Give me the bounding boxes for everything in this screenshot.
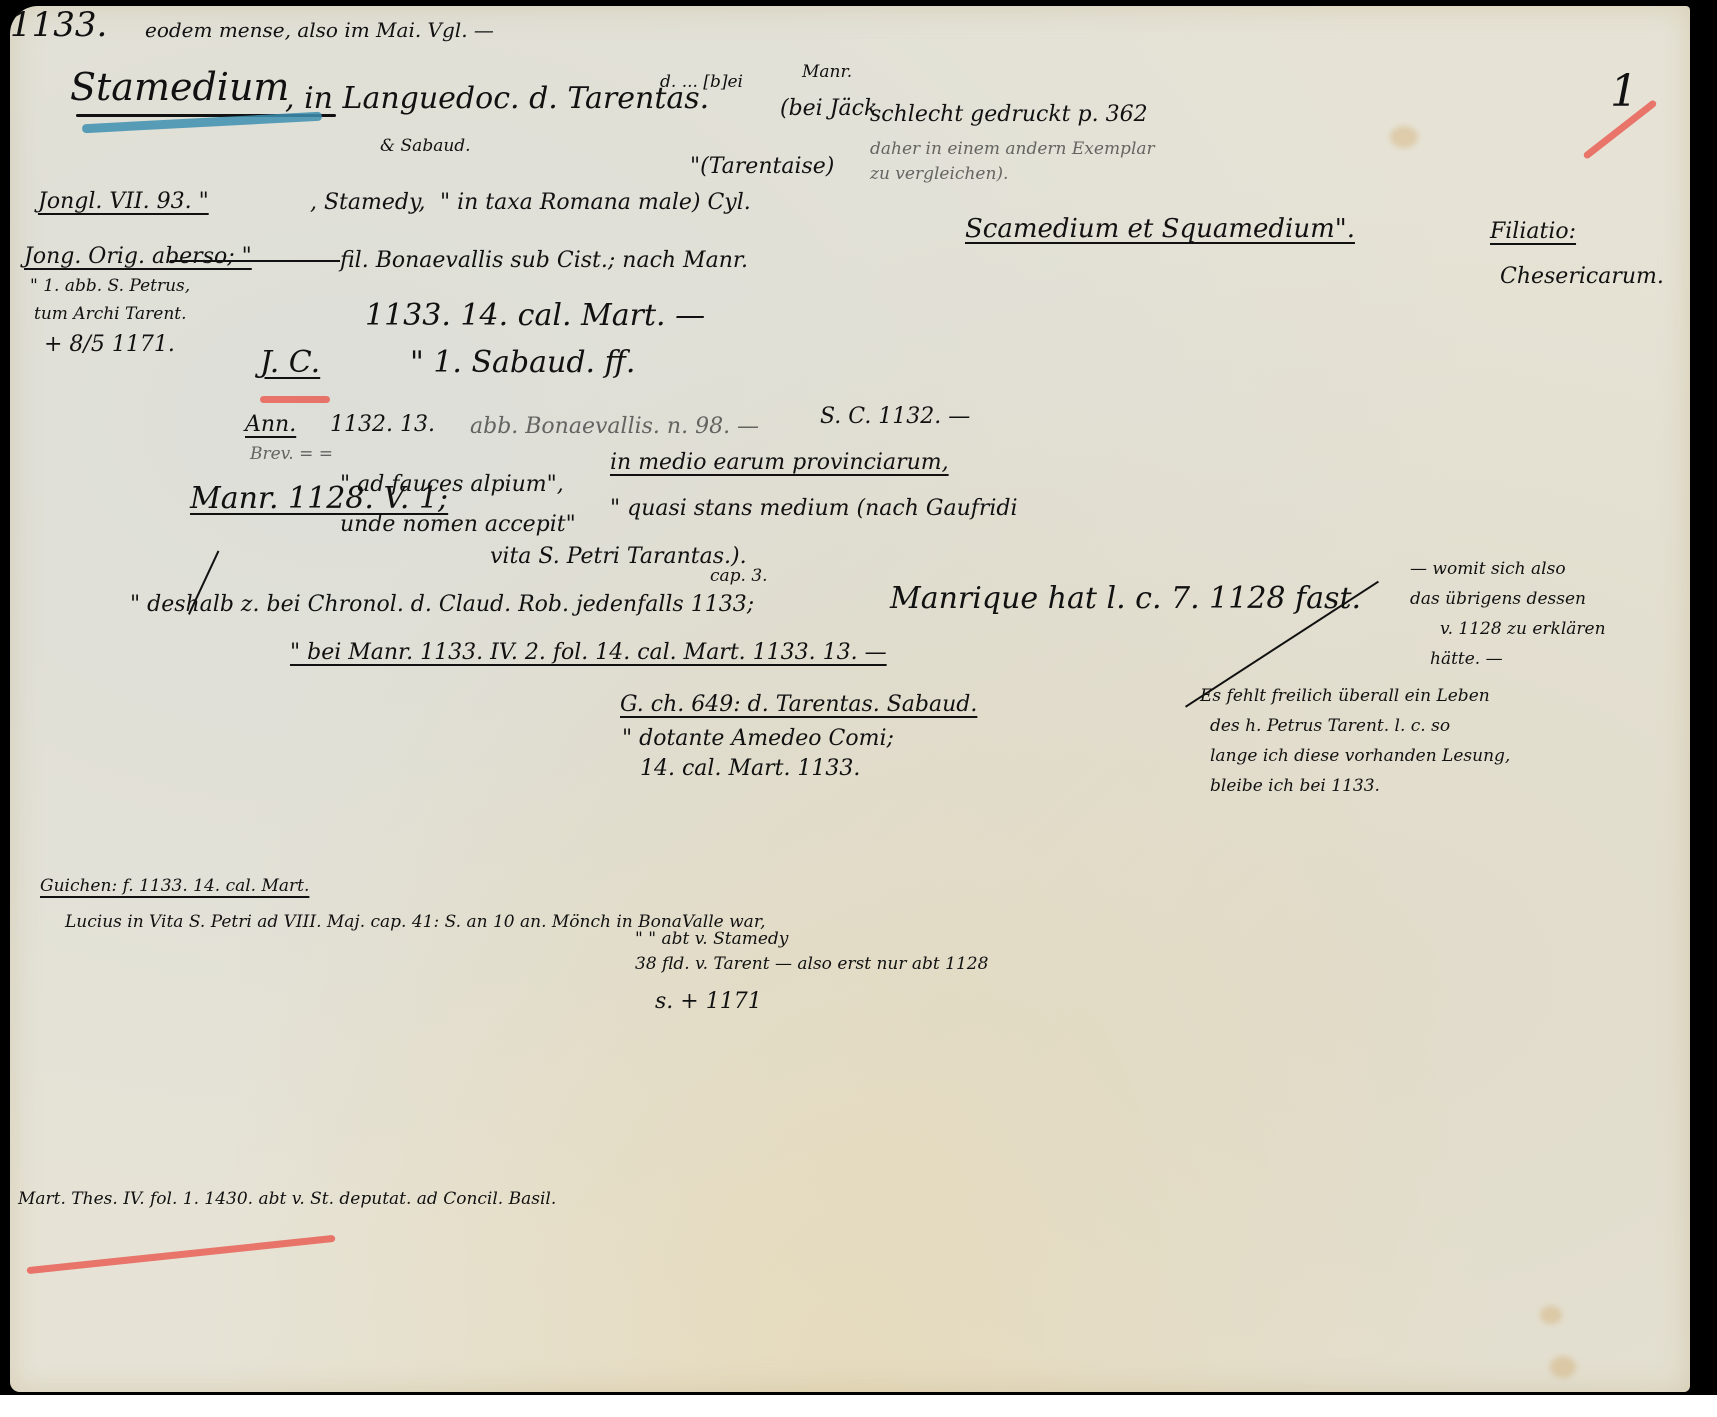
above-manr-note: Manr. — [802, 64, 852, 81]
corner-number: 1133. — [10, 8, 107, 42]
body-line-9b: Manrique hat l. c. 7. 1128 fast. — [890, 584, 1361, 614]
margin-ref-3: " 1. abb. S. Petrus, — [30, 278, 190, 295]
tarentaise-note: "(Tarentaise) — [690, 156, 834, 178]
body-line-6c: in medio earum provinciarum, — [610, 452, 949, 474]
paper-stain — [1390, 126, 1418, 148]
sabaud-note: & Sabaud. — [380, 138, 471, 155]
body-line-4a: J. C. — [260, 348, 320, 378]
margin-ref-4: tum Archi Tarent. — [34, 306, 187, 323]
right-note-2-line: bleibe ich bei 1133. — [1210, 778, 1380, 795]
filiatio-label: Filiatio: — [1490, 221, 1576, 243]
right-note-2-line: Es fehlt freilich überall ein Leben — [1200, 688, 1490, 705]
body-line-5a: Ann. — [245, 414, 296, 436]
right-note-1-line: das übrigens dessen — [1410, 591, 1586, 608]
body-line-1a: , Stamedy, — [310, 192, 425, 214]
body-line-2: fil. Bonaevallis sub Cist.; nach Manr. — [340, 250, 748, 272]
paper-stain — [1540, 1306, 1562, 1324]
above-tarentas-note: d. ... [b]ei — [660, 74, 743, 91]
right-note-1-line: v. 1128 zu erklären — [1440, 621, 1606, 638]
body-line-7a: unde nomen accepit" — [340, 514, 576, 536]
center-line-1: G. ch. 649: d. Tarentas. Sabaud. — [620, 694, 977, 716]
body-line-9a: " deshalb z. bei Chronol. d. Claud. Rob.… — [130, 594, 754, 616]
lower-line-1: Guichen: f. 1133. 14. cal. Mart. — [40, 878, 309, 895]
body-line-7b: " quasi stans medium (nach Gaufridi — [610, 498, 1018, 520]
top-note: eodem mense, also im Mai. Vgl. — — [145, 20, 494, 40]
body-line-8-cap: cap. 3. — [710, 568, 768, 585]
filiatio-value: Chesericarum. — [1500, 266, 1664, 288]
manuscript-page: 1133. eodem mense, also im Mai. Vgl. — S… — [10, 6, 1690, 1392]
body-line-1b: " in taxa Romana male) Cyl. — [440, 192, 751, 214]
paper-stain — [1550, 1356, 1576, 1378]
body-line-1c: Scamedium et Squamedium". — [965, 216, 1355, 242]
body-line-6b: " ad fauces alpium", — [340, 474, 564, 496]
sub-note: daher in einem andern Exemplar — [870, 141, 1155, 158]
right-note-1-line: — womit sich also — [1410, 561, 1566, 578]
margin-ref-2: Jong. Orig. aberso; " — [24, 246, 252, 268]
margin-ref-5: + 8/5 1171. — [44, 334, 175, 356]
right-note-2-line: lange ich diese vorhanden Lesung, — [1210, 748, 1510, 765]
red-pencil-mark — [260, 396, 330, 403]
paren-note-cont: schlecht gedruckt p. 362 — [870, 104, 1148, 126]
footer-line: Mart. Thes. IV. fol. 1. 1430. abt v. St.… — [18, 1191, 556, 1208]
margin-ref-1: Jongl. VII. 93. " — [38, 191, 209, 213]
red-pencil-mark — [26, 1235, 335, 1274]
lower-line-5: s. + 1171 — [655, 991, 762, 1013]
sub-note-2: zu vergleichen). — [870, 166, 1008, 183]
body-line-brev: Brev. = = — [250, 446, 333, 463]
page-number: 1 — [1610, 70, 1638, 114]
right-note-2-line: des h. Petrus Tarent. l. c. so — [1210, 718, 1450, 735]
connector-arrow — [170, 260, 340, 262]
body-line-5d: S. C. 1132. — — [820, 406, 970, 428]
body-line-5b: 1132. 13. — [330, 414, 435, 436]
paren-note: (bei Jäck — [780, 98, 877, 120]
right-note-1-line: hätte. — — [1430, 651, 1503, 668]
heading-location: , in Languedoc. d. Tarentas. — [285, 84, 709, 114]
body-line-10: " bei Manr. 1133. IV. 2. fol. 14. cal. M… — [290, 642, 887, 664]
center-line-2: " dotante Amedeo Comi; — [622, 728, 894, 750]
body-line-5c: abb. Bonaevallis. n. 98. — — [470, 416, 759, 438]
body-line-3: 1133. 14. cal. Mart. — — [365, 301, 705, 331]
heading-title: Stamedium — [70, 68, 289, 106]
body-line-8: vita S. Petri Tarantas.). — [490, 546, 747, 568]
body-line-4b: " 1. Sabaud. ff. — [410, 348, 635, 378]
lower-line-3: " " abt v. Stamedy — [635, 931, 788, 948]
lower-line-4: 38 fld. v. Tarent — also erst nur abt 11… — [635, 956, 988, 973]
center-line-3: 14. cal. Mart. 1133. — [640, 758, 860, 780]
